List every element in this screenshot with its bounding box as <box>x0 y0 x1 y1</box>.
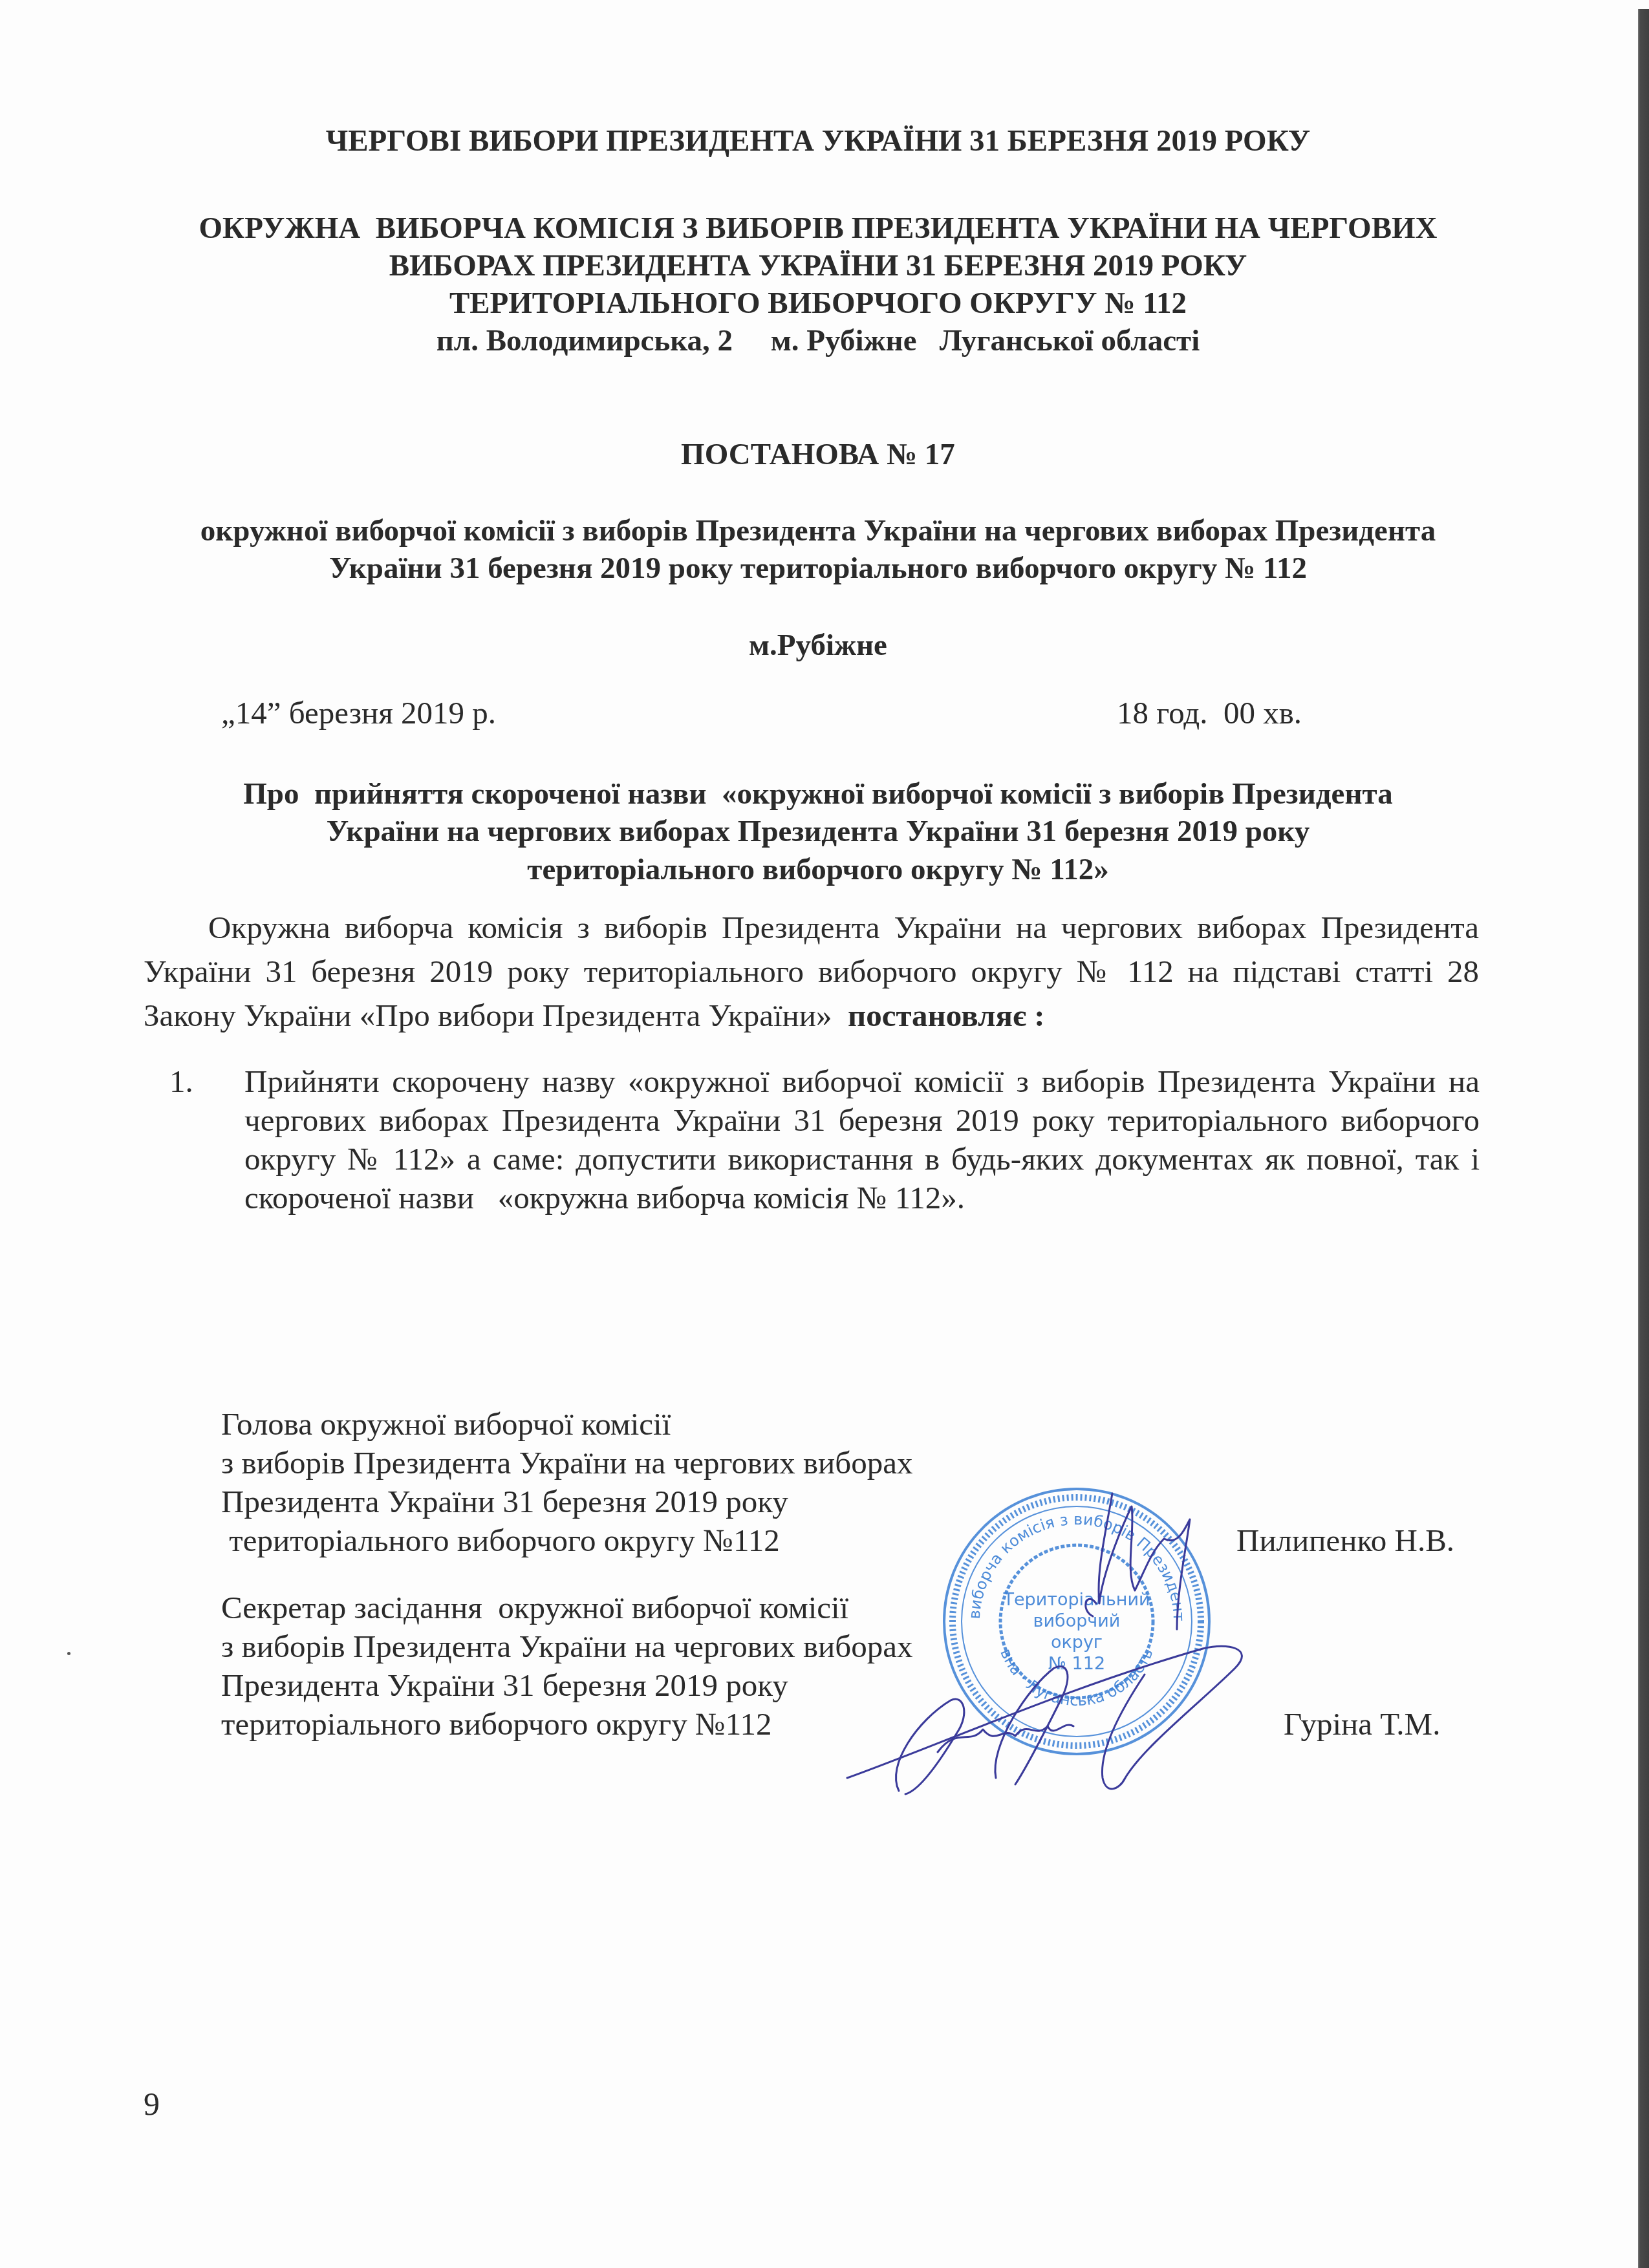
body-line-2: України 31 березня 2019 року територіаль… <box>144 956 1479 987</box>
page-number: 9 <box>144 2085 160 2123</box>
secretary-title-2: з виборів Президента України на чергових… <box>221 1631 913 1662</box>
commission-line-2: ВИБОРАХ ПРЕЗИДЕНТА УКРАЇНИ 31 БЕРЕЗНЯ 20… <box>0 251 1636 281</box>
secretary-title-4: територіального виборчого округу №112 <box>221 1708 771 1740</box>
commission-line-1: ОКРУЖНА ВИБОРЧА КОМІСІЯ З ВИБОРІВ ПРЕЗИД… <box>0 213 1636 244</box>
chairman-title-1: Голова окружної виборчої комісії <box>221 1408 671 1440</box>
handwritten-signature-icon <box>841 1442 1293 1804</box>
resolution-subtitle-2: України 31 березня 2019 року територіаль… <box>0 553 1636 584</box>
resolution-date: „14” березня 2019 р. <box>221 697 496 729</box>
subject-line-1: Про прийняття скороченої назви «окружної… <box>0 779 1636 809</box>
decree-word: постановляє : <box>848 998 1045 1033</box>
scanner-edge <box>1638 9 1649 2268</box>
decision-item-number: 1. <box>169 1065 193 1097</box>
resolution-subtitle-1: окружної виборчої комісії з виборів През… <box>0 516 1636 546</box>
resolution-time: 18 год. 00 хв. <box>1117 697 1302 729</box>
subject-line-2: України на чергових виборах Президента У… <box>0 817 1636 847</box>
secretary-name: Гуріна Т.М. <box>1284 1708 1440 1740</box>
resolution-city: м.Рубіжне <box>0 630 1636 661</box>
chairman-title-3: Президента України 31 березня 2019 року <box>221 1486 788 1517</box>
secretary-title-3: Президента України 31 березня 2019 року <box>221 1669 788 1701</box>
election-title: ЧЕРГОВІ ВИБОРИ ПРЕЗИДЕНТА УКРАЇНИ 31 БЕР… <box>0 126 1636 156</box>
secretary-title-1: Секретар засідання окружної виборчої ком… <box>221 1592 848 1623</box>
subject-line-3: територіального виборчого округу № 112» <box>0 855 1636 885</box>
body-line-3-text: Закону України «Про вибори Президента Ук… <box>144 998 848 1033</box>
resolution-title: ПОСТАНОВА № 17 <box>0 440 1636 470</box>
scan-speck <box>67 1652 70 1655</box>
decision-item-line-2: чергових виборах Президента України 31 б… <box>244 1104 1480 1136</box>
chairman-title-4: територіального виборчого округу №112 <box>221 1524 780 1556</box>
decision-item-line-3: округу № 112» а саме: допустити використ… <box>244 1143 1480 1175</box>
document-page: ЧЕРГОВІ ВИБОРИ ПРЕЗИДЕНТА УКРАЇНИ 31 БЕР… <box>0 0 1649 2268</box>
decision-item-line-4: скороченої назви «окружна виборча комісі… <box>244 1182 965 1214</box>
chairman-title-2: з виборів Президента України на чергових… <box>221 1447 913 1479</box>
body-line-1: Окружна виборча комісія з виборів Презид… <box>208 912 1479 943</box>
commission-address: пл. Володимирська, 2 м. Рубіжне Луганськ… <box>0 326 1636 356</box>
decision-item-line-1: Прийняти скорочену назву «окружної вибор… <box>244 1065 1480 1097</box>
body-line-3: Закону України «Про вибори Президента Ук… <box>144 1000 1045 1031</box>
commission-line-3: ТЕРИТОРІАЛЬНОГО ВИБОРЧОГО ОКРУГУ № 112 <box>0 288 1636 319</box>
